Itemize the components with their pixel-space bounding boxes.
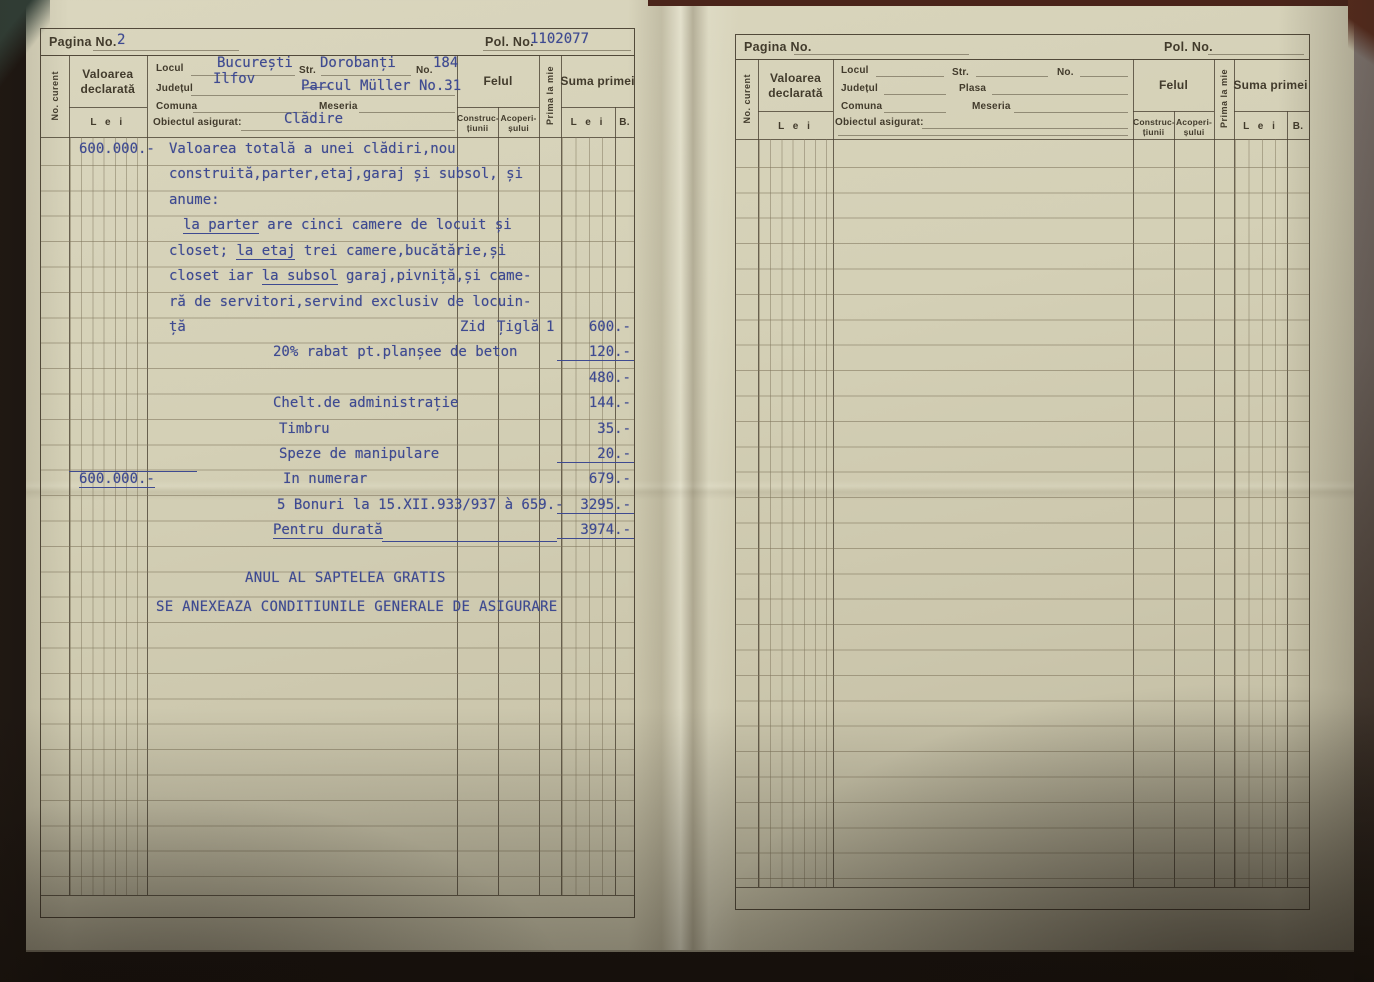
roof-type: Țiglă	[497, 319, 539, 335]
entry-text: Chelt.de administrație	[273, 395, 458, 411]
divider-line	[457, 107, 539, 108]
obiect-label: Obiectul asigurat:	[153, 117, 242, 128]
obiect-label: Obiectul asigurat:	[835, 117, 924, 128]
judetul-label: Județul	[841, 83, 878, 94]
divider-line	[69, 107, 148, 108]
fill-line	[359, 112, 455, 113]
divider-line	[1133, 111, 1214, 112]
fill-line	[191, 95, 455, 96]
prima-la-mie-label: Prima la mie	[545, 66, 555, 125]
entry-text: ță	[169, 319, 186, 335]
right-page-frame: Pagina No. Pol. No. No. curent Valoarea …	[735, 34, 1310, 910]
note-conditions: SE ANEXEAZA CONDITIUNILE GENERALE DE ASI…	[156, 599, 558, 615]
entry-text-segment: Speze de manipulare	[279, 446, 439, 462]
entry-text-segment: Chelt.de administrație	[273, 395, 458, 411]
background-edge	[1354, 0, 1374, 982]
locul-label: Locul	[156, 63, 184, 74]
divider-line	[736, 887, 1309, 888]
ledger-row: 480.-	[41, 370, 634, 395]
ledger-row: construită,parter,etaj,garaj și subsol, …	[41, 166, 634, 191]
pagina-label: Pagina No.	[744, 40, 812, 54]
premium-amount: 120.-	[557, 344, 634, 361]
col-no-curent: No. curent	[736, 59, 758, 139]
right-pagina-row: Pagina No. Pol. No.	[736, 35, 1309, 60]
entry-text: 20% rabat pt.planșee de beton	[273, 344, 517, 360]
ledger-row: Timbru35.-	[41, 421, 634, 446]
entry-text-segment: construită,parter,etaj,garaj și subsol, …	[169, 166, 523, 182]
no-label: No.	[1057, 67, 1074, 78]
entry-text-segment: anume:	[169, 192, 220, 208]
col-felul: Felul	[457, 74, 539, 89]
col-valoarea-declarata: Valoarea declarată	[758, 71, 833, 101]
premium-amount: 144.-	[557, 395, 634, 411]
pol-label: Pol. No.	[485, 35, 534, 49]
premium-amount: 35.-	[557, 421, 634, 437]
entry-text-segment: garaj,pivniță,și came-	[338, 268, 532, 284]
col-suma-primei: Suma primei	[1232, 78, 1309, 93]
ledger-row: Pentru durată3974.-	[41, 522, 634, 547]
construction-type: Zid	[460, 319, 485, 335]
no-label: No.	[416, 65, 433, 76]
pol-label: Pol. No.	[1164, 40, 1213, 54]
entry-text: Valoarea totală a unei clădiri,nou	[169, 141, 456, 157]
entry-text-segment: la parter	[183, 217, 259, 234]
declared-value: 600.000.-	[79, 471, 155, 488]
entry-text-segment: la subsol	[262, 268, 338, 285]
declared-value: 600.000.-	[79, 141, 155, 157]
str-label: Str.	[299, 65, 316, 76]
fill-line	[794, 54, 969, 55]
suma-lei-label: L e i	[561, 117, 615, 128]
ledger-row: anume:	[41, 192, 634, 217]
divider-line	[1234, 111, 1309, 112]
col-valoarea-declarata: Valoarea declarată	[69, 67, 148, 97]
entry-text-segment: are cinci camere de locuit și	[259, 217, 512, 233]
ledger-row: 5 Bonuri la 15.XII.933/937 à 659.-3295.-	[41, 497, 634, 522]
entry-text: la parter are cinci camere de locuit și	[183, 217, 512, 233]
col-prima-la-mie: Prima la mie	[1214, 59, 1234, 139]
fill-line	[884, 112, 946, 113]
divider-line	[758, 111, 833, 112]
ledger-row: ră de servitori,servind exclusiv de locu…	[41, 294, 634, 319]
fill-line	[483, 50, 631, 51]
entry-text: anume:	[169, 192, 220, 208]
judetul-value: Ilfov	[213, 71, 255, 87]
entry-text-segment: In numerar	[283, 471, 367, 487]
col-felul: Felul	[1133, 78, 1214, 93]
ledger-row: 600.000.-Valoarea totală a unei clădiri,…	[41, 141, 634, 166]
fill-line	[884, 94, 946, 95]
scanned-insurance-ledger-photo: Pagina No. 2 Pol. No. 1102077 No. curent…	[0, 0, 1374, 982]
ledger-row: 600.000.-In numerar679.-	[41, 471, 634, 496]
col-constructiunii: Construc- țiunii	[457, 113, 498, 133]
entry-text-segment: closet iar	[169, 268, 262, 284]
col-acoperisului: Acoperi- șului	[498, 113, 539, 133]
entry-text: closet; la etaj trei camere,bucătărie,și	[169, 243, 506, 259]
entry-text-segment: Valoarea totală a unei clădiri,nou	[169, 141, 456, 157]
entry-text: Timbru	[279, 421, 330, 437]
entry-text-segment: trei camere,bucătărie,și	[295, 243, 506, 259]
premium-amount: 20.-	[557, 446, 634, 463]
entry-text: Speze de manipulare	[279, 446, 439, 462]
entry-text-segment: 20% rabat pt.planșee de beton	[273, 344, 517, 360]
locul-value: București	[217, 55, 293, 71]
entry-text-segment: Timbru	[279, 421, 330, 437]
entry-text: ră de servitori,servind exclusiv de locu…	[169, 294, 531, 310]
fill-line	[922, 128, 1128, 129]
ledger-row: Chelt.de administrație144.-	[41, 395, 634, 420]
entry-text-segment: ră de servitori,servind exclusiv de locu…	[169, 294, 531, 310]
entry-text: construită,parter,etaj,garaj și subsol, …	[169, 166, 523, 182]
premium-amount: 480.-	[557, 370, 634, 386]
col-prima-la-mie: Prima la mie	[539, 55, 561, 137]
entry-text: Pentru durată	[273, 522, 383, 538]
fill-line	[876, 76, 944, 77]
suma-subcolumns	[1235, 139, 1287, 887]
valoarea-lei-label: L e i	[758, 121, 833, 132]
premium-amount: 679.-	[557, 471, 634, 487]
plasa-label: Plasa	[959, 83, 986, 94]
col-acoperisului: Acoperi- șului	[1174, 117, 1214, 137]
col-no-curent: No. curent	[41, 55, 69, 137]
premium-amount: 3295.-	[557, 497, 634, 514]
ledger-row: Speze de manipulare20.-	[41, 446, 634, 471]
comuna-label: Comuna	[156, 101, 197, 112]
str-value: Dorobanți	[320, 55, 396, 71]
ledger-row: la parter are cinci camere de locuit și	[41, 217, 634, 242]
locul-label: Locul	[841, 65, 869, 76]
entry-text-segment: closet;	[169, 243, 236, 259]
ledger-row: closet iar la subsol garaj,pivniță,și ca…	[41, 268, 634, 293]
fill-line	[1014, 112, 1128, 113]
fill-line	[241, 130, 455, 131]
meseria-label: Meseria	[972, 101, 1011, 112]
premium-amount: 3974.-	[557, 522, 634, 539]
no-curent-label: No. curent	[742, 74, 752, 124]
ledger-row: closet; la etaj trei camere,bucătărie,și	[41, 243, 634, 268]
suma-b-label: B.	[615, 117, 634, 128]
pagina-label: Pagina No.	[49, 35, 117, 49]
str-label: Str.	[952, 67, 969, 78]
no-value: 184	[433, 55, 458, 71]
entry-text-segment: 5 Bonuri la 15.XII.933/937 à 659.-	[277, 497, 564, 513]
fill-line	[321, 75, 411, 76]
ledger-row: țăZidȚiglă1600.-	[41, 319, 634, 344]
fill-line	[838, 135, 1128, 136]
obiect-value: Clădire	[284, 111, 343, 127]
no-curent-label: No. curent	[50, 71, 60, 121]
prima-la-mie-label: Prima la mie	[1219, 69, 1229, 128]
fill-line	[1080, 76, 1128, 77]
col-suma-primei: Suma primei	[559, 74, 636, 89]
ledger-row: 20% rabat pt.planșee de beton120.-	[41, 344, 634, 369]
suma-lei-label: L e i	[1234, 121, 1287, 132]
entry-text: closet iar la subsol garaj,pivniță,și ca…	[169, 268, 531, 284]
fill-line	[992, 94, 1128, 95]
prima-rate: 1	[546, 319, 554, 335]
judetul-label: Județul	[156, 83, 193, 94]
fill-line	[93, 50, 239, 51]
valoarea-lei-label: L e i	[69, 117, 148, 128]
divider-line	[41, 895, 634, 896]
fill-line	[976, 76, 1048, 77]
comuna-label: Comuna	[841, 101, 882, 112]
entry-text: 5 Bonuri la 15.XII.933/937 à 659.-	[277, 497, 564, 513]
suma-b-label: B.	[1287, 121, 1309, 132]
entry-text-segment: la etaj	[236, 243, 295, 260]
entry-text-segment: ță	[169, 319, 186, 335]
premium-amount: 600.-	[557, 319, 634, 335]
left-page-frame: Pagina No. 2 Pol. No. 1102077 No. curent…	[40, 28, 635, 918]
underline-extension	[382, 522, 557, 542]
pol-value: 1102077	[530, 31, 589, 47]
pagina-value: 2	[117, 32, 125, 48]
note-gratis: ANUL AL SAPTELEA GRATIS	[245, 570, 446, 586]
fill-line	[1208, 54, 1304, 55]
col-constructiunii: Construc- țiunii	[1133, 117, 1174, 137]
entry-text-segment: Pentru durată	[273, 522, 383, 539]
divider-line	[561, 107, 634, 108]
valoarea-subcolumns	[759, 139, 833, 887]
left-pagina-row: Pagina No. 2 Pol. No. 1102077	[41, 29, 634, 56]
entry-text: In numerar	[283, 471, 367, 487]
